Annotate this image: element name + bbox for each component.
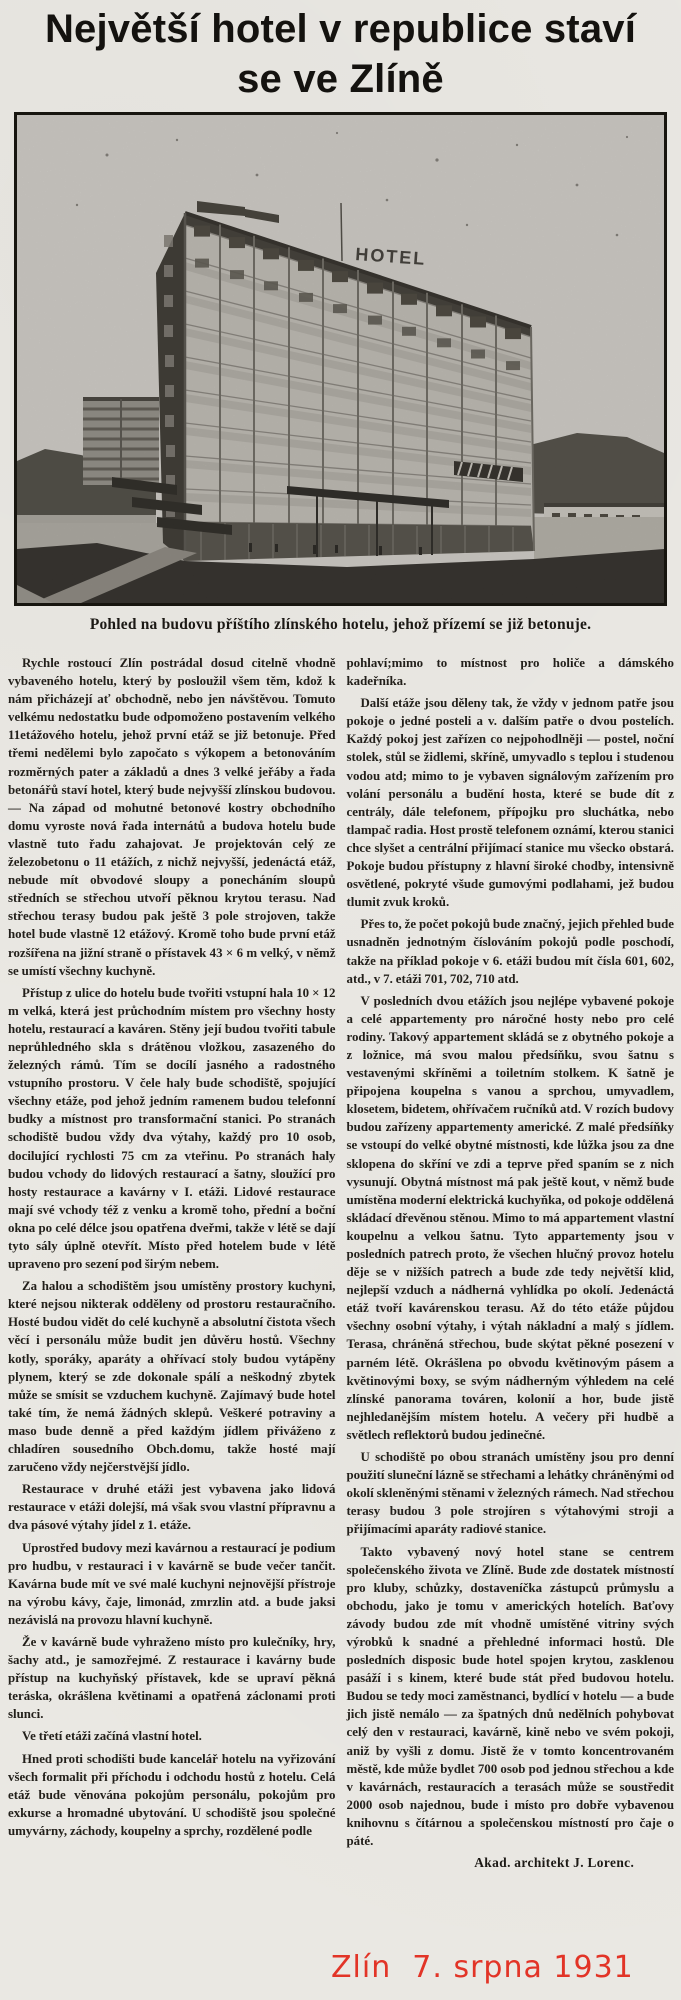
article-paragraph: Ve třetí etáži začíná vlastní hotel. [8,1727,336,1745]
article-paragraph: Uprostřed budovy mezi kavárnou a restaur… [8,1539,336,1629]
article-paragraph: V posledních dvou etážích jsou nejlépe v… [347,992,675,1444]
article-paragraph: Hned proti schodišti bude kancelář hotel… [8,1750,336,1840]
article-body: Rychle rostoucí Zlín postrádal dosud cit… [8,654,674,1872]
photo-caption: Pohled na budovu příštího zlínského hote… [0,616,681,634]
article-paragraph: pohlaví;mimo to místnost pro holiče a dá… [347,654,675,690]
article-column-right: pohlaví;mimo to místnost pro holiče a dá… [347,654,675,1872]
article-paragraph: Rychle rostoucí Zlín postrádal dosud cit… [8,654,336,980]
headline-line1: Největší hotel v republice staví [45,7,636,51]
hotel-construction-photo: HOTEL [14,112,667,606]
article-column-left: Rychle rostoucí Zlín postrádal dosud cit… [8,654,336,1872]
halftone-grain [17,115,664,603]
article-paragraph: Restaurace v druhé etáži jest vybavena j… [8,1480,336,1534]
author-signature: Akad. architekt J. Lorenc. [347,1854,675,1872]
article-paragraph: Že v kavárně bude vyhraženo místo pro ku… [8,1633,336,1723]
date-annotation: Zlín 7. srpna 1931 [331,1950,634,1985]
newspaper-page: Největší hotel v republice stavíse ve Zl… [0,0,681,2000]
article-paragraph: Přes to, že počet pokojů bude značný, je… [347,915,675,987]
hotel-photo-illustration: HOTEL [17,115,664,603]
article-headline: Největší hotel v republice stavíse ve Zl… [0,4,681,104]
article-paragraph: Přístup z ulice do hotelu bude tvořiti v… [8,984,336,1274]
right-paragraphs: pohlaví;mimo to místnost pro holiče a dá… [347,654,675,1850]
article-paragraph: Za halou a schodištěm jsou umístěny pros… [8,1277,336,1476]
article-paragraph: Další etáže jsou děleny tak, že vždy v j… [347,694,675,911]
article-paragraph: Takto vybavený nový hotel stane se centr… [347,1543,675,1851]
left-paragraphs: Rychle rostoucí Zlín postrádal dosud cit… [8,654,336,1840]
article-paragraph: U schodiště po obou stranách umístěny js… [347,1448,675,1538]
headline-line2: se ve Zlíně [237,57,444,101]
